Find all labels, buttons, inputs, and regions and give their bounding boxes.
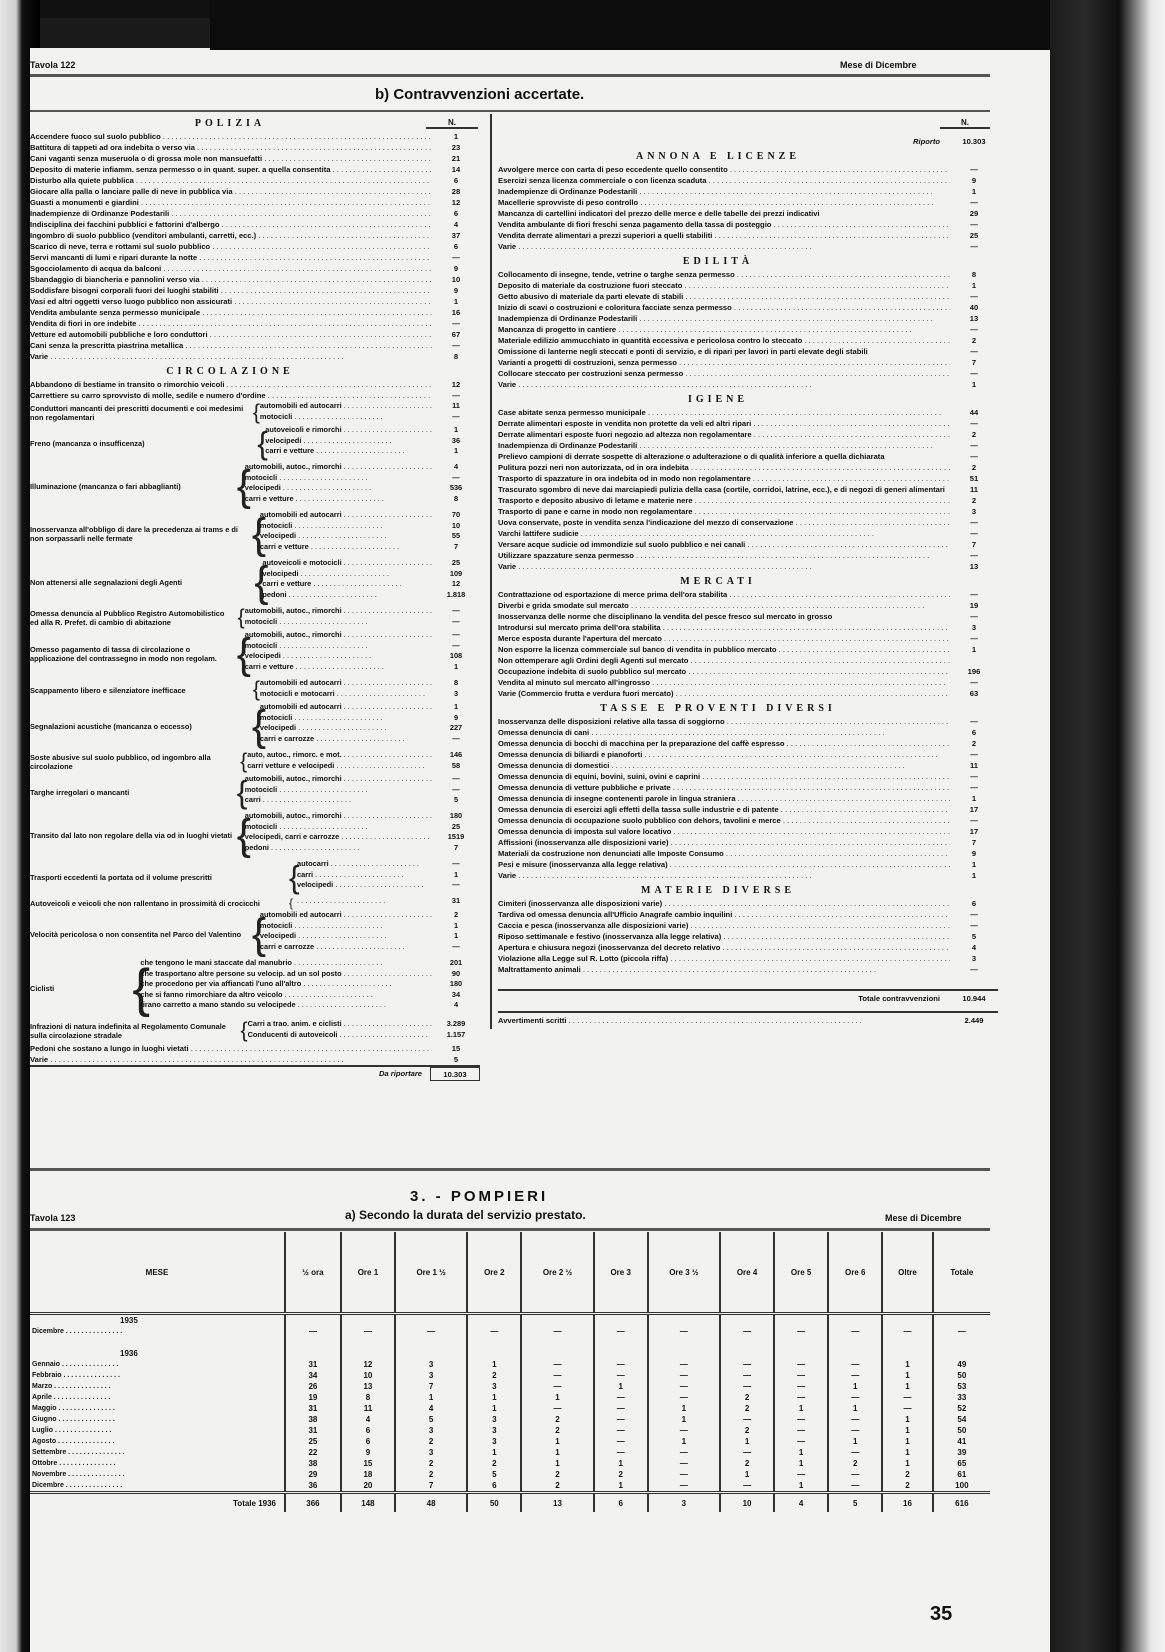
group-subitems: automobili ed autocarri11motocicli— xyxy=(260,401,480,425)
subitem-row: autoveicoli e motocicli25 xyxy=(262,558,480,569)
group-label: Freno (mancanza o insufficenza) xyxy=(30,425,257,462)
value-cell: 7 xyxy=(395,1381,467,1392)
table-row: Materiali da costruzione non denunciati … xyxy=(498,848,998,859)
value-cell: — xyxy=(774,1326,828,1337)
row-label: Inizio di scavi o costruzioni e coloritu… xyxy=(498,302,950,313)
row-value: — xyxy=(950,517,998,528)
table-row: Inadempienze di Ordinanze Podestarili1 xyxy=(498,186,998,197)
empty-cell xyxy=(774,1337,828,1348)
value-cell: — xyxy=(774,1436,828,1447)
subitem-row: velocipedi108 xyxy=(245,651,480,662)
value-cell: — xyxy=(828,1480,882,1493)
circolazione-group: Omesso pagamento di tassa di circolazion… xyxy=(30,630,480,678)
subitem-value: 1.818 xyxy=(432,590,480,601)
value-cell: 1 xyxy=(720,1436,774,1447)
circolazione-group: Freno (mancanza o insufficenza){autoveic… xyxy=(30,425,480,462)
row-value: 6 xyxy=(432,175,480,186)
row-value: 10 xyxy=(432,274,480,285)
value-cell: 22 xyxy=(285,1447,341,1458)
empty-cell xyxy=(933,1348,990,1359)
total-cell: 148 xyxy=(341,1493,395,1513)
table-row: Utilizzare spazzature senza permesso— xyxy=(498,550,998,561)
value-cell: — xyxy=(648,1480,720,1493)
table-row: Trasporto di pane e carne in modo non re… xyxy=(498,506,998,517)
subitem-row: Carri a trao. anim. e ciclisti3.289 xyxy=(248,1019,480,1030)
value-cell: 2 xyxy=(521,1469,593,1480)
table-row: Sgocciolamento di acqua da balconi9 xyxy=(30,263,480,274)
subitem-label: che tengono le mani staccate dal manubri… xyxy=(140,958,432,969)
pompieri-subtitle: a) Secondo la durata del servizio presta… xyxy=(345,1208,586,1222)
row-label: Vendita ambulante di fiori freschi senza… xyxy=(498,219,950,230)
empty-cell xyxy=(467,1348,521,1359)
table-row: Disturbo alla quiete pubblica6 xyxy=(30,175,480,186)
empty-cell xyxy=(30,1337,285,1348)
row-label: Non ottemperare agli Ordini degli Agenti… xyxy=(498,655,950,666)
subitem-value: 180 xyxy=(432,979,480,990)
row-label: Pulitura pozzi neri non autorizzata, od … xyxy=(498,462,950,473)
subitem-label: carri e vetture xyxy=(260,542,432,553)
value-cell: — xyxy=(774,1414,828,1425)
row-label: Inosservanza delle norme che disciplinan… xyxy=(498,611,950,622)
value-cell: 2 xyxy=(521,1480,593,1493)
row-label: Omessa denuncia di cani xyxy=(498,727,950,738)
table-row: Uova conservate, poste in vendita senza … xyxy=(498,517,998,528)
table-row: Collocamento di insegne, tende, vetrine … xyxy=(498,269,998,280)
row-label: Derrate alimentari esposte fuori negozio… xyxy=(498,429,950,440)
subitem-value: — xyxy=(432,785,480,796)
row-value: — xyxy=(950,716,998,727)
table-row: Carrettiere su carro sprovvisto di molle… xyxy=(30,390,480,401)
table-row: Omessa denuncia di domestici11 xyxy=(498,760,998,771)
value-cell: — xyxy=(774,1392,828,1403)
value-cell: 3 xyxy=(395,1425,467,1436)
row-value: 6 xyxy=(432,241,480,252)
group-subitems: automobili ed autocarri70motocicli10velo… xyxy=(260,510,480,558)
value-cell: — xyxy=(594,1370,648,1381)
row-value: 1 xyxy=(950,644,998,655)
year-row: 1936 xyxy=(30,1348,990,1359)
value-cell: 1 xyxy=(521,1436,593,1447)
table-row: Battitura di tappeti ad ora indebita o v… xyxy=(30,142,480,153)
group-label: Omesso pagamento di tassa di circolazion… xyxy=(30,630,237,678)
value-cell: 18 xyxy=(341,1469,395,1480)
group-subitems: autoveicoli e rimorchi1velocipedi36carri… xyxy=(265,425,480,462)
value-cell: — xyxy=(828,1326,882,1337)
value-cell: — xyxy=(774,1381,828,1392)
column-header-9: Ore 5 xyxy=(774,1232,828,1314)
value-cell: — xyxy=(720,1447,774,1458)
value-cell: 1 xyxy=(467,1392,521,1403)
row-label: Getto abusivo di materiale da parti elev… xyxy=(498,291,950,302)
value-cell: 29 xyxy=(285,1469,341,1480)
value-cell: 1 xyxy=(395,1392,467,1403)
table-row: Inadempienza di Ordinanze Podestarili13 xyxy=(498,313,998,324)
value-cell: 1 xyxy=(828,1403,882,1414)
circolazione-group: Illuminazione (mancanza o fari abbaglian… xyxy=(30,462,480,510)
total-row: Totale contravvenzioni 10.944 xyxy=(498,989,998,1007)
carried-row: Riporto 10.303 xyxy=(498,136,998,147)
row-value: — xyxy=(950,368,998,379)
row-label: Occupazione indebita di suolo pubblico s… xyxy=(498,666,950,677)
subitem-value: 3 xyxy=(432,689,480,700)
table-row: Settembre . . . . . . . . . . . . . . .2… xyxy=(30,1447,990,1458)
value-cell: 2 xyxy=(395,1458,467,1469)
value-cell: 2 xyxy=(395,1469,467,1480)
value-cell: 1 xyxy=(882,1447,932,1458)
row-value: 23 xyxy=(432,142,480,153)
table-row: Omessa denuncia di biliardi e pianoforti… xyxy=(498,749,998,760)
brace-icon: { xyxy=(253,401,260,425)
table-row: Merce esposta durante l'apertura del mer… xyxy=(498,633,998,644)
table-row: Materiale edilizio ammucchiato in quanti… xyxy=(498,335,998,346)
subitem-value: 58 xyxy=(432,761,480,772)
subitem-label: automobili, autoc., rimorchi xyxy=(245,462,432,473)
brace-icon: { xyxy=(254,558,262,606)
row-value: — xyxy=(950,964,998,975)
value-cell: — xyxy=(828,1469,882,1480)
circolazione-group: Segnalazioni acustiche (mancanza o ecces… xyxy=(30,702,480,750)
value-cell: 1 xyxy=(521,1447,593,1458)
row-label: Tardiva od omessa denuncia all'Ufficio A… xyxy=(498,909,950,920)
row-label: Omessa denuncia di biliardi e pianoforti xyxy=(498,749,950,760)
page-title: b) Contravvenzioni accertate. xyxy=(375,86,584,103)
subitem-row: automobili, autoc., rimorchi— xyxy=(245,630,480,641)
subitem-row: automobili ed autocarri1 xyxy=(260,702,480,713)
table-row: Inosservanza delle disposizioni relative… xyxy=(498,716,998,727)
table-row: Varie1 xyxy=(498,379,998,390)
value-cell: 6 xyxy=(341,1436,395,1447)
table-row: Varie5 xyxy=(30,1054,480,1065)
row-label: Omessa denuncia di equini, bovini, suini… xyxy=(498,771,950,782)
row-label: Varianti a progetti di costruzioni, senz… xyxy=(498,357,950,368)
value-cell: 5 xyxy=(395,1414,467,1425)
row-label: Materiali da costruzione non denunciati … xyxy=(498,848,950,859)
value-cell: 3 xyxy=(395,1370,467,1381)
subitem-label: automobili ed autocarri xyxy=(260,702,432,713)
value-cell: — xyxy=(882,1326,932,1337)
value-cell: 5 xyxy=(467,1469,521,1480)
value-cell: 53 xyxy=(933,1381,990,1392)
value-cell: — xyxy=(774,1359,828,1370)
row-label: Sbandaggio di biancheria e pannolini ver… xyxy=(30,274,432,285)
empty-cell xyxy=(285,1348,341,1359)
empty-cell xyxy=(882,1337,932,1348)
row-label: Esercizi senza licenza commerciale o con… xyxy=(498,175,950,186)
row-value: 44 xyxy=(950,407,998,418)
value-cell: 12 xyxy=(341,1359,395,1370)
row-value: — xyxy=(950,782,998,793)
value-cell: 1 xyxy=(882,1458,932,1469)
row-value: — xyxy=(950,451,998,462)
subitem-value: 109 xyxy=(432,569,480,580)
row-label: Utilizzare spazzature senza permesso xyxy=(498,550,950,561)
subitem-label: carri e vetture xyxy=(245,494,432,505)
brace-icon: { xyxy=(289,896,297,910)
value-cell: — xyxy=(720,1480,774,1493)
value-cell: — xyxy=(594,1447,648,1458)
subitem-row: automobili, autoc., rimorchi— xyxy=(245,606,480,617)
subitem-row: che trasportano altre persone su velocip… xyxy=(140,969,480,980)
subitem-row: motocicli— xyxy=(245,617,480,628)
table-row: Omessa denuncia di cani6 xyxy=(498,727,998,738)
value-cell: 1 xyxy=(882,1425,932,1436)
table-row: Maggio . . . . . . . . . . . . . . .3111… xyxy=(30,1403,990,1414)
circolazione-group: Scappamento libero e silenziatore ineffi… xyxy=(30,678,480,702)
row-label: Cani vaganti senza museruola o di grossa… xyxy=(30,153,432,164)
subitem-row: automobili ed autocarri8 xyxy=(260,678,480,689)
brace-icon: { xyxy=(237,774,245,811)
circolazione-group: Transito dal lato non regolare della via… xyxy=(30,811,480,859)
row-value: 9 xyxy=(950,848,998,859)
value-cell: 26 xyxy=(285,1381,341,1392)
subitem-value: 1.157 xyxy=(432,1030,480,1041)
value-cell: — xyxy=(648,1326,720,1337)
pompieri-title: 3. - POMPIERI xyxy=(410,1188,548,1205)
circolazione-group: Soste abusive sul suolo pubblico, od ing… xyxy=(30,750,480,774)
subitem-row: carri e vetture1 xyxy=(265,446,480,457)
section-title: IGIENE xyxy=(498,394,938,405)
subitem-label: motocicli xyxy=(260,412,432,423)
subitem-value: 2 xyxy=(432,910,480,921)
row-value: 25 xyxy=(950,230,998,241)
group-subitems: automobili ed autocarri1motocicli9veloci… xyxy=(260,702,480,750)
row-label: Avvolgere merce con carta di peso eccede… xyxy=(498,164,950,175)
value-cell: 41 xyxy=(933,1436,990,1447)
row-value: — xyxy=(432,252,480,263)
table-row: Indisciplina dei facchini pubblici e fat… xyxy=(30,219,480,230)
subitem-row: velocipedi109 xyxy=(262,569,480,580)
subitem-row: che procedono per via affiancati l'uno a… xyxy=(140,979,480,990)
year-label: 1936 xyxy=(30,1348,285,1359)
table-row: Giocare alla palla o lanciare palle di n… xyxy=(30,186,480,197)
row-value: 6 xyxy=(950,727,998,738)
value-cell: 2 xyxy=(521,1414,593,1425)
subitem-label: automobili, autoc., rimorchi xyxy=(245,630,432,641)
value-cell: — xyxy=(467,1326,521,1337)
row-value xyxy=(950,655,998,666)
subitem-row: autoveicoli e rimorchi1 xyxy=(265,425,480,436)
subitem-label: Carri a trao. anim. e ciclisti xyxy=(248,1019,432,1030)
value-cell: — xyxy=(720,1370,774,1381)
column-header-8: Ore 4 xyxy=(720,1232,774,1314)
circolazione-group: Inosservanza all'obbligo di dare la prec… xyxy=(30,510,480,558)
column-header-5: Ore 2 ½ xyxy=(521,1232,593,1314)
value-cell: — xyxy=(720,1359,774,1370)
subitem-row: che tengono le mani staccate dal manubri… xyxy=(140,958,480,969)
subitem-row: Conducenti di autoveicoli1.157 xyxy=(248,1030,480,1041)
subitem-label: automobili, autoc., rimorchi xyxy=(245,811,432,822)
polizia-list: Accendere fuoco sul suolo pubblico1Batti… xyxy=(30,131,480,362)
column-header-0: MESE xyxy=(30,1232,285,1314)
empty-cell xyxy=(594,1314,648,1327)
subitem-row: motocicli e motocarri3 xyxy=(260,689,480,700)
subitem-label: velocipedi xyxy=(262,569,432,580)
row-value: 1 xyxy=(950,186,998,197)
empty-cell xyxy=(395,1348,467,1359)
subitem-value: 201 xyxy=(432,958,480,969)
value-cell: — xyxy=(648,1381,720,1392)
group-label: Transito dal lato non regolare della via… xyxy=(30,811,237,859)
row-label: Materiale edilizio ammucchiato in quanti… xyxy=(498,335,950,346)
row-value: 3 xyxy=(950,622,998,633)
value-cell: 38 xyxy=(285,1458,341,1469)
value-cell: — xyxy=(341,1326,395,1337)
table-row: Derrate alimentari esposte fuori negozio… xyxy=(498,429,998,440)
empty-cell xyxy=(648,1348,720,1359)
subitem-label: carri xyxy=(297,870,432,881)
group-label: Segnalazioni acustiche (mancanza o ecces… xyxy=(30,702,252,750)
subitem-value: 70 xyxy=(432,510,480,521)
row-label: Affissioni (inosservanza alle disposizio… xyxy=(498,837,950,848)
table-row: Mancanza di progetto in cantiere— xyxy=(498,324,998,335)
subitem-label: velocipedi xyxy=(297,880,432,891)
carry-forward-value: 10.303 xyxy=(430,1067,480,1081)
subitem-label: velocipedi, carri e carrozze xyxy=(245,832,432,843)
row-label: Carrettiere su carro sprovvisto di molle… xyxy=(30,390,432,401)
table-row: Deposito di materiale da costruzione fuo… xyxy=(498,280,998,291)
value-cell: 6 xyxy=(341,1425,395,1436)
table-row: Mancanza di cartellini indicatori del pr… xyxy=(498,208,998,219)
row-value: 3 xyxy=(950,953,998,964)
empty-cell xyxy=(933,1314,990,1327)
value-cell: 1 xyxy=(467,1447,521,1458)
scan-border-right xyxy=(1050,0,1165,1652)
subitem-value: 7 xyxy=(432,542,480,553)
row-value: 3 xyxy=(950,506,998,517)
subitem-value: 11 xyxy=(432,401,480,412)
value-cell: 1 xyxy=(828,1436,882,1447)
value-cell: 2 xyxy=(882,1480,932,1493)
row-label: Non esporre la licenza commerciale sul b… xyxy=(498,644,950,655)
value-cell: — xyxy=(594,1359,648,1370)
table-row: Getto abusivo di materiale da parti elev… xyxy=(498,291,998,302)
group-label: Trasporti eccedenti la portata od il vol… xyxy=(30,859,289,896)
page-number: 35 xyxy=(930,1603,952,1626)
brace-icon: { xyxy=(252,702,260,750)
row-label: Cani senza la prescritta piastrina metal… xyxy=(30,340,432,351)
value-cell: 1 xyxy=(720,1469,774,1480)
subitem-value: 1 xyxy=(432,931,480,942)
value-cell: 2 xyxy=(395,1436,467,1447)
subitem-label: che si fanno rimorchiare da altro veicol… xyxy=(140,990,432,1001)
row-value: 5 xyxy=(950,931,998,942)
value-cell: 1 xyxy=(648,1403,720,1414)
value-cell: 33 xyxy=(933,1392,990,1403)
value-cell: — xyxy=(828,1425,882,1436)
table-row: Tardiva od omessa denuncia all'Ufficio A… xyxy=(498,909,998,920)
row-label: Pesi e misure (inosservanza alla legge r… xyxy=(498,859,950,870)
row-label: Violazione alla Legge sul R. Lotto (picc… xyxy=(498,953,950,964)
row-label: Riposo settimanale e festivo (inosservan… xyxy=(498,931,950,942)
subitem-value: 12 xyxy=(432,579,480,590)
value-cell: 50 xyxy=(933,1370,990,1381)
table-row: Cani senza la prescritta piastrina metal… xyxy=(30,340,480,351)
subitem-value: 1 xyxy=(432,870,480,881)
brace-icon: { xyxy=(252,910,260,958)
table-row: Marzo . . . . . . . . . . . . . . .26137… xyxy=(30,1381,990,1392)
subitem-label: automobili ed autocarri xyxy=(260,401,432,412)
row-value: 15 xyxy=(432,1043,480,1054)
table-row: Novembre . . . . . . . . . . . . . . .29… xyxy=(30,1469,990,1480)
row-label: Inadempienza di Ordinanze Podestarili xyxy=(498,440,950,451)
row-label: Vendita ambulante senza permesso municip… xyxy=(30,307,432,318)
row-value: 21 xyxy=(432,153,480,164)
row-label: Omessa denuncia di bocchi di macchina pe… xyxy=(498,738,950,749)
table-row: Gennaio . . . . . . . . . . . . . . .311… xyxy=(30,1359,990,1370)
value-cell: — xyxy=(594,1403,648,1414)
table-row: Cimiteri (inosservanza alle disposizioni… xyxy=(498,898,998,909)
row-value: 13 xyxy=(950,561,998,572)
subitem-value: 1 xyxy=(432,702,480,713)
group-subitems: 31 xyxy=(297,896,480,910)
subitem-value: — xyxy=(432,774,480,785)
total-cell: 10 xyxy=(720,1493,774,1513)
row-label: Trasporto e deposito abusivo di letame e… xyxy=(498,495,950,506)
value-cell: 7 xyxy=(395,1480,467,1493)
table-row: Contrattazione od esportazione di merce … xyxy=(498,589,998,600)
subitem-label: velocipedi xyxy=(260,931,432,942)
table-row: Macellerie sprovviste di peso controllo— xyxy=(498,197,998,208)
value-cell: 34 xyxy=(285,1370,341,1381)
value-cell: — xyxy=(648,1425,720,1436)
value-cell: 1 xyxy=(882,1381,932,1392)
total-row: Totale 193636614848501363104516616 xyxy=(30,1493,990,1513)
row-label: Merce esposta durante l'apertura del mer… xyxy=(498,633,950,644)
table-row: Giugno . . . . . . . . . . . . . . .3845… xyxy=(30,1414,990,1425)
empty-cell xyxy=(594,1337,648,1348)
value-cell: — xyxy=(882,1403,932,1414)
value-cell: 31 xyxy=(285,1425,341,1436)
divider xyxy=(30,110,990,112)
row-value: 2 xyxy=(950,495,998,506)
empty-cell xyxy=(285,1314,341,1327)
row-label: Cimiteri (inosservanza alle disposizioni… xyxy=(498,898,950,909)
circolazione-group: Ciclisti{che tengono le mani staccate da… xyxy=(30,958,480,1019)
table-row: Sbandaggio di biancheria e pannolini ver… xyxy=(30,274,480,285)
value-cell: 2 xyxy=(594,1469,648,1480)
subitem-row: motocicli1 xyxy=(260,921,480,932)
subitem-label: auto, autoc., rimorc. e mot. xyxy=(247,750,432,761)
brace-icon: { xyxy=(237,462,245,510)
value-cell: — xyxy=(774,1370,828,1381)
value-cell: — xyxy=(828,1447,882,1458)
value-cell: 2 xyxy=(720,1425,774,1436)
row-value: 9 xyxy=(432,285,480,296)
circolazione-tail: Pedoni che sostano a lungo in luoghi vie… xyxy=(30,1043,480,1065)
value-cell: 65 xyxy=(933,1458,990,1469)
empty-cell xyxy=(648,1337,720,1348)
empty-cell xyxy=(467,1337,521,1348)
row-value: — xyxy=(950,611,998,622)
empty-cell xyxy=(774,1314,828,1327)
subitem-value: 25 xyxy=(432,558,480,569)
row-label: Mancanza di cartellini indicatori del pr… xyxy=(498,208,950,219)
group-label: Targhe irregolari o mancanti xyxy=(30,774,237,811)
month-cell: Gennaio . . . . . . . . . . . . . . . xyxy=(30,1359,285,1370)
table-row: Varie13 xyxy=(498,561,998,572)
column-header-6: Ore 3 xyxy=(594,1232,648,1314)
row-label: Vendita al minuto sul mercato all'ingros… xyxy=(498,677,950,688)
table-row: Esercizi senza licenza commerciale o con… xyxy=(498,175,998,186)
row-value: 4 xyxy=(950,942,998,953)
row-label: Soddisfare bisogni corporali fuori dei l… xyxy=(30,285,432,296)
row-label: Macellerie sprovviste di peso controllo xyxy=(498,197,950,208)
row-label: Vetture ed automobili pubbliche e loro c… xyxy=(30,329,432,340)
month-cell: Dicembre . . . . . . . . . . . . . . . xyxy=(30,1480,285,1493)
subitem-row: velocipedi, carri e carrozze1519 xyxy=(245,832,480,843)
subitem-value: 1 xyxy=(432,425,480,436)
row-value: — xyxy=(432,390,480,401)
